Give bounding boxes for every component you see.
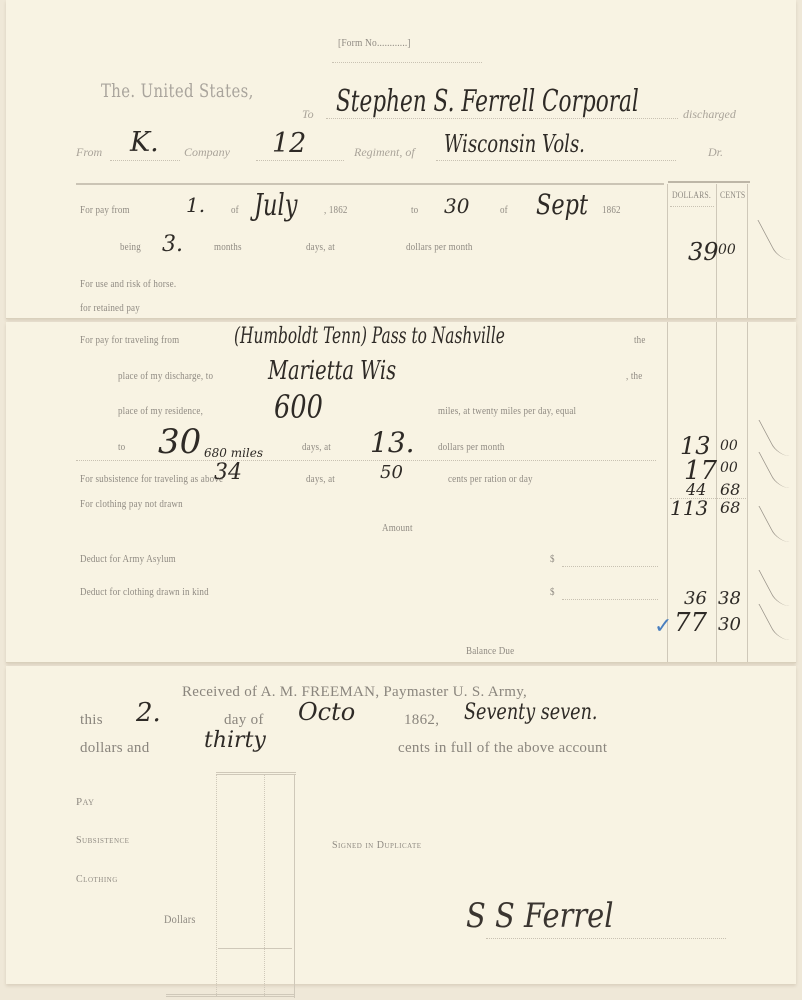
cents-full-label: cents in full of the above account — [398, 740, 607, 757]
horse-label: For use and risk of horse. — [80, 279, 176, 290]
checkmark-icon — [758, 604, 792, 640]
balance-due-label: Balance Due — [466, 646, 514, 657]
regiment-value: 12 — [272, 128, 306, 159]
clothing-amount-cents: 68 — [720, 498, 740, 517]
document-panel-bottom: Received of A. M. FREEMAN, Paymaster U. … — [6, 666, 796, 984]
document-panel-middle: For pay for traveling from (Humboldt Ten… — [6, 322, 796, 663]
retained-pay-label: for retained pay — [80, 303, 140, 314]
pay-from-day: 1. — [186, 193, 205, 217]
subsistence-summary-label: Subsistence — [76, 835, 129, 846]
pay-from-month: July — [254, 188, 297, 223]
travel-days-at-label: days, at — [302, 442, 331, 453]
form-title: The. United States, — [101, 80, 254, 102]
checkmark-icon — [757, 220, 793, 260]
checkmark-icon — [758, 506, 792, 542]
pay-of-label-2: of — [500, 205, 508, 216]
balance-dollars: 77 — [674, 608, 707, 638]
miles-value: 600 — [274, 388, 323, 426]
checkmark-icon — [758, 452, 792, 488]
subtotal-cents: 68 — [720, 480, 740, 499]
amount-label: Amount — [382, 523, 413, 534]
dollars-per-month-label: dollars per month — [406, 242, 473, 253]
blue-checkmark-icon: ✓ — [654, 614, 672, 639]
months-value: 3. — [162, 232, 183, 257]
the-label-1: the — [634, 335, 646, 346]
residence-label: place of my residence, — [118, 406, 203, 417]
state-value: Wisconsin Vols. — [444, 130, 585, 158]
subsistence-amount-cents: 00 — [720, 460, 738, 476]
pay-amount-cents: 00 — [718, 242, 736, 258]
pay-to-label: to — [411, 205, 418, 216]
deduction-total-dollars: 36 — [684, 588, 707, 609]
subsistence-days: 34 — [214, 460, 242, 485]
to-label: To — [302, 107, 314, 122]
travel-rate: 13. — [370, 426, 415, 459]
dollars-and-label: dollars and — [80, 740, 150, 757]
amount-in-words: Seventy seven. — [464, 700, 598, 725]
being-label: being — [120, 242, 141, 253]
cents-per-ration-label: cents per ration or day — [448, 474, 533, 485]
clothing-drawn-label: Deduct for clothing drawn in kind — [80, 587, 209, 598]
checkmark-icon — [758, 570, 792, 606]
clothing-summary-label: Clothing — [76, 874, 118, 885]
travel-days: 30 — [158, 422, 201, 462]
pay-to-day: 30 — [444, 194, 469, 218]
the-label-2: , the — [626, 371, 642, 382]
receipt-year: 1862, — [404, 712, 439, 729]
months-label: months — [214, 242, 242, 253]
dollars-column-header: DOLLARS. — [672, 190, 711, 200]
cents-column-header: CENTS — [720, 190, 745, 200]
checkmark-icon — [758, 420, 792, 456]
clothing-dollar-sign: $ — [550, 587, 555, 598]
deduction-total-cents: 38 — [718, 588, 741, 609]
form-number: [Form No............] — [338, 37, 411, 49]
dr-label: Dr. — [708, 145, 723, 160]
discharged-label: discharged — [683, 107, 736, 122]
to-label: to — [118, 442, 125, 453]
this-label: this — [80, 712, 103, 729]
days-at-label: days, at — [306, 242, 335, 253]
pay-to-year: 1862 — [602, 205, 621, 216]
pay-from-year: , 1862 — [324, 205, 348, 216]
company-value: K. — [130, 127, 159, 158]
pay-amount-dollars: 39 — [688, 238, 719, 266]
from-label: From — [76, 145, 102, 160]
pay-to-month: Sept — [536, 188, 588, 221]
signature: S S Ferrel — [466, 896, 614, 936]
subsistence-label: For subsistence for traveling as above — [80, 474, 223, 485]
subsistence-days-at-label: days, at — [306, 474, 335, 485]
payee-name: Stephen S. Ferrell Corporal — [336, 84, 639, 119]
signed-in-duplicate-label: Signed in Duplicate — [332, 840, 422, 851]
day-of-label: day of — [224, 712, 264, 729]
asylum-dollar-sign: $ — [550, 554, 555, 565]
army-asylum-label: Deduct for Army Asylum — [80, 554, 176, 565]
clothing-amount-dollars: 113 — [670, 496, 708, 520]
travel-amount-cents: 00 — [720, 438, 738, 454]
subsistence-cents-value: 50 — [380, 462, 403, 483]
clothing-pay-label: For clothing pay not drawn — [80, 499, 183, 510]
miles-label: miles, at twenty miles per day, equal — [438, 406, 576, 417]
discharge-place-label: place of my discharge, to — [118, 371, 213, 382]
document-panel-top: [Form No............] The. United States… — [6, 0, 796, 319]
pay-from-label: For pay from — [80, 205, 130, 216]
travel-from-place: (Humboldt Tenn) Pass to Nashville — [234, 324, 505, 349]
pay-summary-label: Pay — [76, 796, 94, 808]
pay-of-label-1: of — [231, 205, 239, 216]
cents-in-words: thirty — [204, 728, 266, 753]
travel-from-label: For pay for traveling from — [80, 335, 179, 346]
rate-label: dollars per month — [438, 442, 505, 453]
receipt-month: Octo — [298, 698, 355, 726]
dollars-summary-label: Dollars — [164, 912, 196, 927]
residence-place: Marietta Wis — [268, 356, 396, 386]
receipt-day: 2. — [136, 698, 161, 728]
regiment-label: Regiment, of — [354, 145, 415, 160]
subsistence-note: 680 miles — [204, 446, 263, 460]
balance-cents: 30 — [718, 614, 741, 635]
company-label: Company — [184, 145, 230, 160]
